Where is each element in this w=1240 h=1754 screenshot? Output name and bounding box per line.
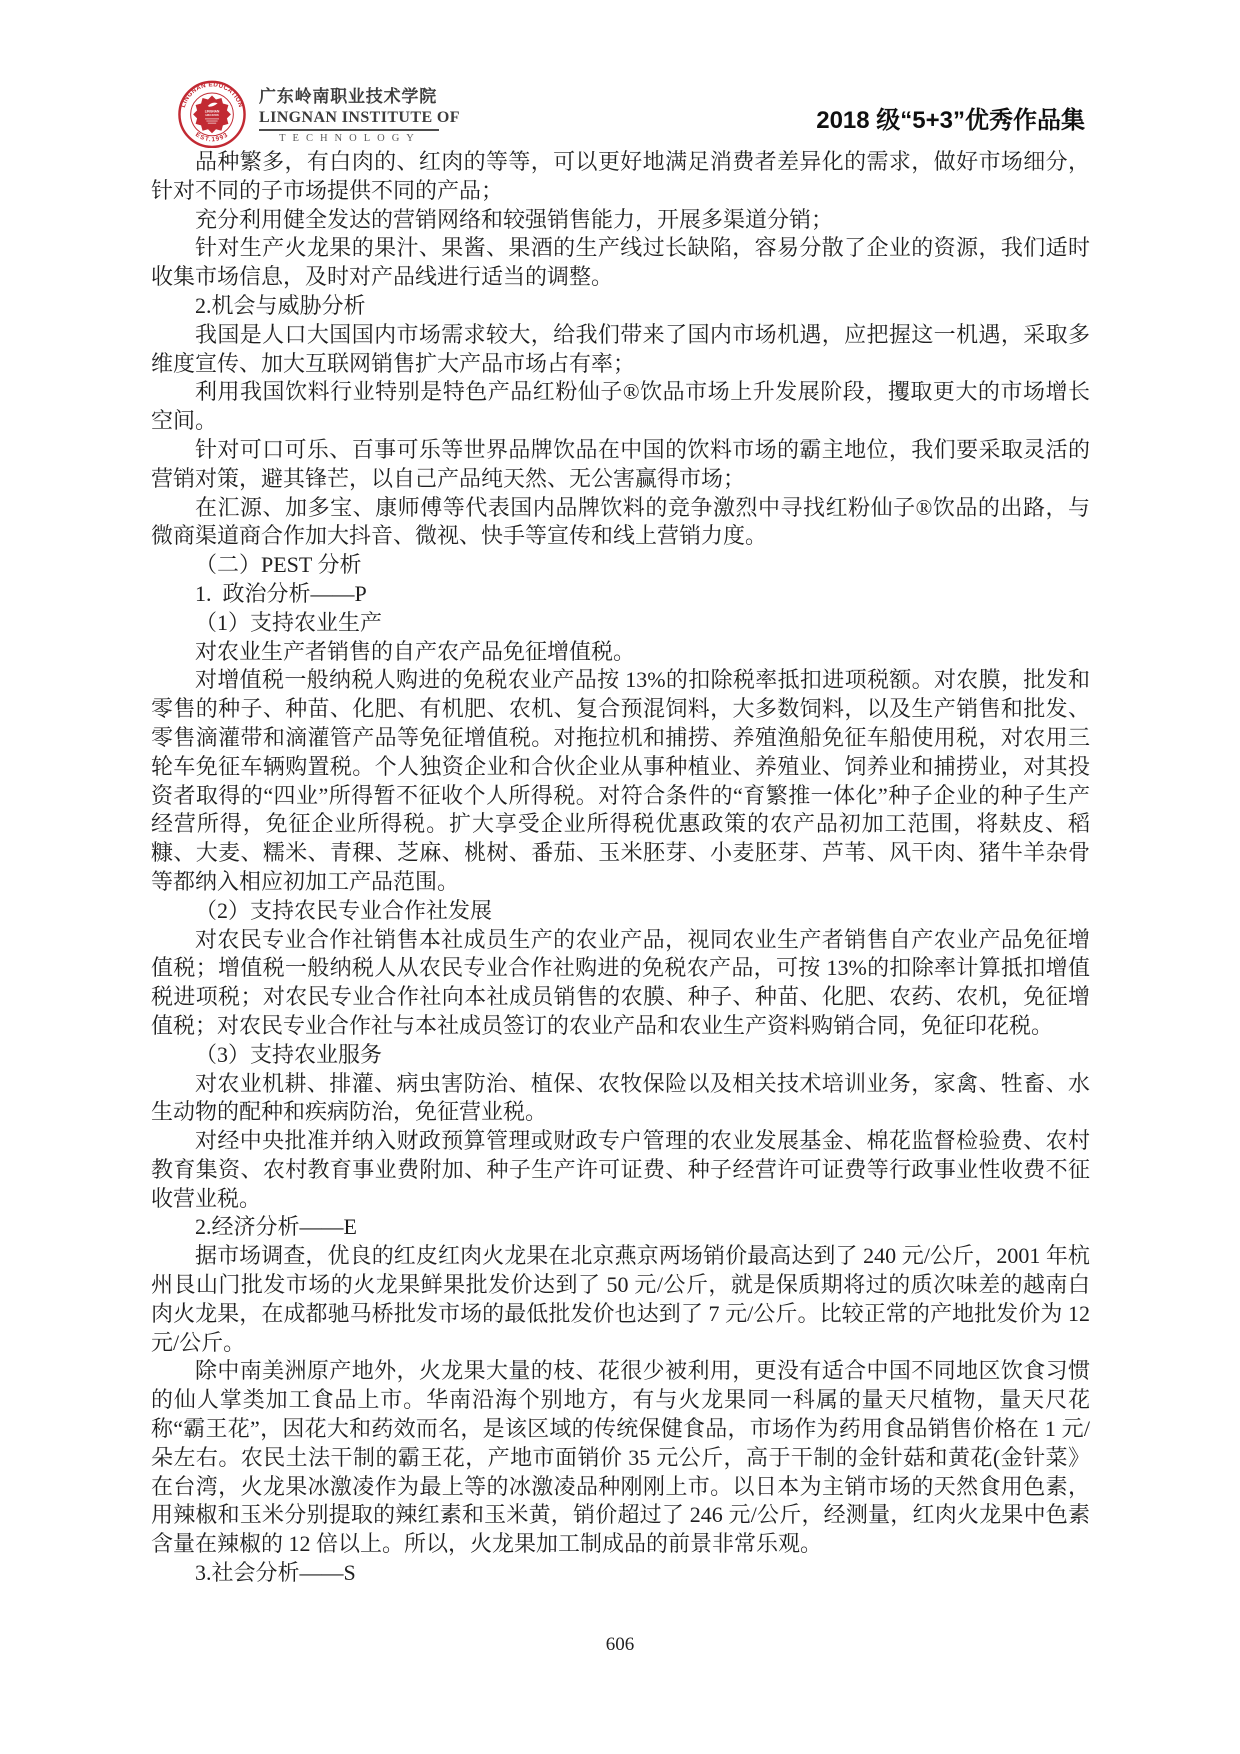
- paragraph: 对增值税一般纳税人购进的免税农业产品按 13%的扣除税率抵扣进项税额。对农膜，批…: [151, 666, 1090, 896]
- paragraph: 对经中央批准并纳入财政预算管理或财政专户管理的农业发展基金、棉花监督检验费、农村…: [151, 1127, 1090, 1213]
- paragraph: （二）PEST 分析: [151, 551, 1090, 580]
- paragraph: 我国是人口大国国内市场需求较大，给我们带来了国内市场机遇，应把握这一机遇，采取多…: [151, 321, 1090, 379]
- seal-badge-line-1: [205, 119, 219, 120]
- school-name-divider: [259, 129, 439, 131]
- document-body: 品种繁多，有白肉的、红肉的等等，可以更好地满足消费者差异化的需求，做好市场细分，…: [151, 148, 1090, 1588]
- paragraph: 除中南美洲原产地外，火龙果大量的枝、花很少被利用，更没有适合中国不同地区饮食习惯…: [151, 1357, 1090, 1559]
- seal-badge-line-3: [208, 123, 216, 124]
- paragraph: 在汇源、加多宝、康师傅等代表国内品牌饮料的竞争激烈中寻找红粉仙子®饮品的出路，与…: [151, 494, 1090, 552]
- document-page: LINGNAN EDUCATION EST.1993 LINGNAN EDUCA…: [0, 0, 1240, 1754]
- paragraph: 充分利用健全发达的营销网络和较强销售能力，开展多渠道分销；: [151, 206, 1090, 235]
- paragraph: 利用我国饮料行业特别是特色产品红粉仙子®饮品市场上升发展阶段，攫取更大的市场增长…: [151, 378, 1090, 436]
- paragraph: （1）支持农业生产: [151, 609, 1090, 638]
- paragraph: 品种繁多，有白肉的、红肉的等等，可以更好地满足消费者差异化的需求，做好市场细分，…: [151, 148, 1090, 206]
- collection-title: 2018 级“5+3”优秀作品集: [816, 100, 1085, 135]
- paragraph: 针对可口可乐、百事可乐等世界品牌饮品在中国的饮料市场的霸主地位，我们要采取灵活的…: [151, 436, 1090, 494]
- paragraph: 1. 政治分析——P: [151, 580, 1090, 609]
- paragraph: 2.机会与威胁分析: [151, 292, 1090, 321]
- paragraph: 3.社会分析——S: [151, 1559, 1090, 1588]
- seal-badge-line-2: [206, 121, 217, 122]
- school-logo-seal: LINGNAN EDUCATION EST.1993 LINGNAN EDUCA…: [176, 78, 248, 148]
- school-name-en-line1: LINGNAN INSTITUTE OF: [259, 109, 441, 127]
- paragraph: （3）支持农业服务: [151, 1041, 1090, 1070]
- page-footer: 606: [0, 1634, 1240, 1656]
- seal-badge-text-2: EDUCATION: [205, 114, 219, 117]
- paragraph: 对农业生产者销售的自产农产品免征增值税。: [151, 638, 1090, 667]
- page-number: 606: [606, 1634, 635, 1655]
- paragraph: 对农业机耕、排灌、病虫害防治、植保、农牧保险以及相关技术培训业务，家禽、牲畜、水…: [151, 1070, 1090, 1128]
- school-name-cn: 广东岭南职业技术学院: [259, 82, 441, 107]
- paragraph: （2）支持农民专业合作社发展: [151, 897, 1090, 926]
- school-name-block: 广东岭南职业技术学院 LINGNAN INSTITUTE OF TECHNOLO…: [259, 82, 441, 144]
- page-header: LINGNAN EDUCATION EST.1993 LINGNAN EDUCA…: [0, 0, 1240, 150]
- paragraph: 对农民专业合作社销售本社成员生产的农业产品，视同农业生产者销售自产农业产品免征增…: [151, 926, 1090, 1041]
- paragraph: 针对生产火龙果的果汁、果酱、果酒的生产线过长缺陷，容易分散了企业的资源，我们适时…: [151, 234, 1090, 292]
- paragraph: 据市场调查，优良的红皮红肉火龙果在北京燕京两场销价最高达到了 240 元/公斤，…: [151, 1242, 1090, 1357]
- school-name-en-line2: TECHNOLOGY: [259, 133, 441, 144]
- seal-badge-text-1: LINGNAN: [205, 109, 220, 113]
- paragraph: 2.经济分析——E: [151, 1213, 1090, 1242]
